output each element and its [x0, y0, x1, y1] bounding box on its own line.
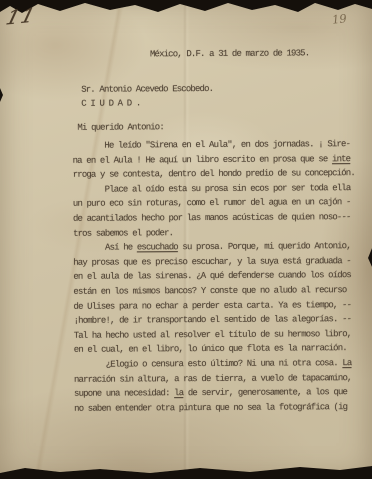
recipient-name: Sr. Antonio Acevedo Escobedo. [81, 82, 213, 97]
letter-body: He leído "Sirena en el Aula", en dos jor… [72, 137, 370, 416]
scanned-letter-page: { "scan": { "background_color": "#15100b… [0, 0, 372, 479]
dateline: México, D.F. a 31 de marzo de 1935. [150, 48, 309, 59]
typed-line: ¡hombre!, de ir transportando el sentido… [74, 312, 370, 328]
recipient-block: Sr. Antonio Acevedo Escobedo. C I U D A … [81, 82, 213, 111]
typed-line: Así he escuchado su prosa. Porque, mi qu… [73, 239, 369, 255]
typed-line: rroga y se contesta, dentro del hondo pr… [73, 166, 369, 182]
recipient-city: C I U D A D . [81, 96, 213, 111]
typed-line: están en los mismos bancos? Y conste que… [73, 283, 369, 299]
typed-line: He leído "Sirena en el Aula", en dos jor… [72, 137, 368, 153]
typed-line: de acantilados hecho por las manos acúst… [73, 210, 369, 226]
typed-line: supone una necesidad: la de servir, gene… [74, 385, 370, 401]
typed-line: en el cual, en el libro, lo único que fl… [74, 341, 370, 357]
typed-line: no saben entender otra pintura que no se… [74, 400, 370, 416]
typed-line: ¿Elogio o censura esto último? Ni una ni… [74, 356, 370, 372]
typewritten-content: México, D.F. a 31 de marzo de 1935. Sr. … [0, 0, 372, 479]
salutation: Mi querido Antonio: [77, 122, 164, 133]
